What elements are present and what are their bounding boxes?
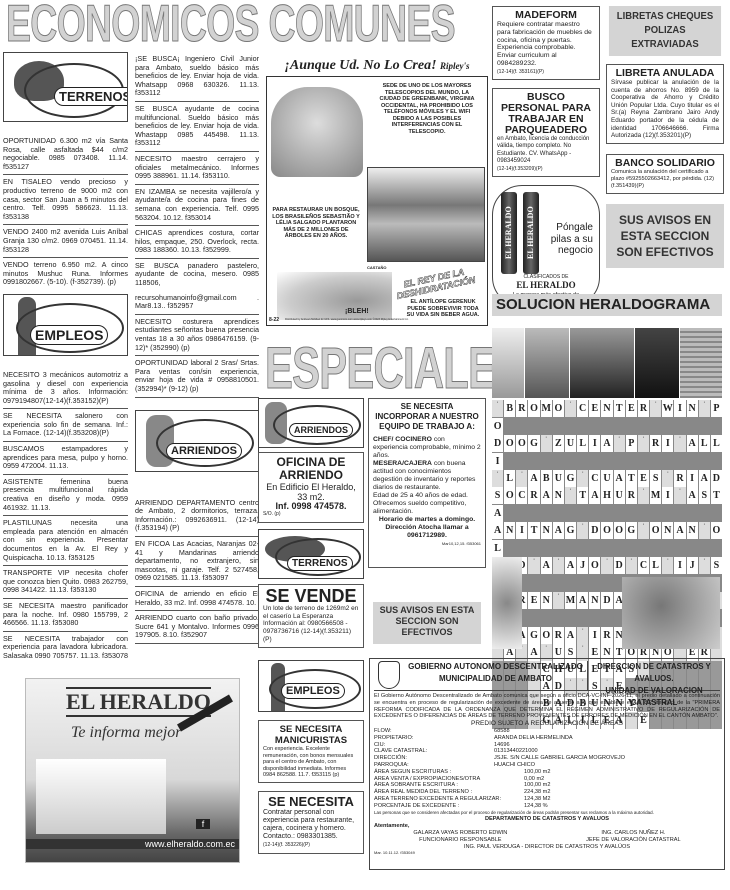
crossword-cell: A [541,487,552,504]
crossword-cell: C [589,470,600,487]
heraldograma-title: SOLUCION HERALDOGRAMA [492,294,722,316]
crossword-cell: ▪ [565,487,576,504]
gad-field-row: CLAVE CATASTRAL:01313440221000 [374,748,720,755]
empleos-logo: EMPLEOS [3,294,128,356]
crossword-cell: M [650,487,661,504]
classified-ad: SE BUSCA ayudante de cocina multifuncion… [135,102,259,152]
crossword-cell: L [504,470,515,487]
municipal-crest-icon [378,661,400,689]
crossword-cell: J [577,557,588,574]
crossword-cell: U [565,435,576,452]
crossword-cell: ▪ [541,435,552,452]
column-4: MADEFORM Requiere contratar maestro para… [492,6,600,307]
sus-avisos-banner: SUS AVISOS EN ESTA SECCION SON EFECTIVOS [373,602,481,644]
classified-ad: OPORTUNIDAD 6.300 m2 vía Santa Rosa, cal… [3,134,128,175]
crossword-cell: T [626,470,637,487]
crossword-cell: A [565,627,576,644]
classified-ad: ARRIENDO cuarto con baño privado. Sucre … [135,611,259,644]
gad-fields: FLOW:68588PROPIETARIO:ARANDA DELIA HERME… [374,728,720,810]
classified-ad: NECESITO maestro cerrajero y oficiales m… [135,152,259,185]
crossword-cell: ▪ [674,487,685,504]
classified-ad: ARRIENDO DEPARTAMENTO centro de Ambato, … [135,496,259,537]
classified-ad: BUSCAMOS estampadores y aprendices para … [3,442,128,475]
crossword-cell: ▪ [638,435,649,452]
crossword-cell: N [553,487,564,504]
incorporar-equipo-ad: SE NECESITA INCORPORAR A NUESTRO EQUIPO … [368,398,486,568]
crossword-cell: R [516,400,527,417]
crossword-cell: D [492,435,503,452]
crossword-cell: U [614,487,625,504]
section-title-economicos: ECONOMICOS COMUNES [6,0,455,50]
classified-ad: SE BUSCA panadero pastelero, ayudante de… [135,259,259,291]
crossword-cell: A [674,522,685,539]
se-necesita-ad: SE NECESITA Contratar personal con exper… [258,791,364,854]
crossword-cell: P [711,400,722,417]
crossword-cell: G [528,627,539,644]
crossword-cell: O [516,435,527,452]
crossword-cell: I [589,627,600,644]
crossword-cell: N [601,400,612,417]
classified-ad: EN FICOA Las Acacias, Naranjas 02-41 y M… [135,537,259,587]
comic-portrait [271,87,363,177]
gad-field-row: PORCENTAJE DE EXCEDENTE :124,38 % [374,803,720,810]
gad-field-row: ÁREA SEGUN ESCRITURAS :100,00 m2 [374,769,720,776]
crossword-cell: C [638,557,649,574]
crossword-cell: N [504,522,515,539]
crossword-cell: ▪ [699,557,710,574]
battery-icon: EL HERALDO [501,192,517,274]
crossword-cell: E [638,470,649,487]
gad-field-row: CIU:14696 [374,742,720,749]
crossword-cell: E [589,400,600,417]
crossword-cell: L [650,557,661,574]
arriendos-logo: ARRIENDOS [135,410,259,472]
crossword-cell: D [711,470,722,487]
crossword-cell: R [626,487,637,504]
ripley-brand: Ripley's [440,61,470,71]
crossword-cell: N [662,522,673,539]
food-photo [492,557,522,649]
crossword-cell: R [528,487,539,504]
crossword-cell: H [601,487,612,504]
pilas-ad: EL HERALDO EL HERALDO Póngale pilas a su… [492,185,600,307]
sus-avisos-banner: SUS AVISOS EN ESTA SECCION SON EFECTIVOS [606,204,724,268]
crossword-cell: O [614,522,625,539]
cathedral-image [36,759,166,834]
classified-ad: TRANSPORTE VIP necesita chofer que conoz… [3,566,128,599]
crossword-cell: G [626,522,637,539]
crossword-cell: ▪ [492,400,503,417]
ripley-title: ¡Aunque Ud. No Lo Crea! [284,58,436,73]
column-5: LIBRETAS CHEQUES POLIZAS EXTRAVIADAS LIB… [606,6,724,268]
classified-ad: VENDO terreno 6.950 m2. A cinco minutos … [3,258,128,290]
crossword-cell: T [614,400,625,417]
classified-ad: ASISTENTE femenina buena presencia multi… [3,475,128,516]
crossword-cell: N [687,522,698,539]
classified-ad: NECESITO 3 mecánicos automotriz a gasoli… [3,368,128,409]
crossword-cell: T [711,487,722,504]
crossword-cell: R [553,627,564,644]
arriendos-logo: ARRIENDOS [258,398,364,448]
gad-field-row: PARROQUIA:HUACHI CHICO [374,762,720,769]
crossword-cell: O [528,400,539,417]
crossword-cell: O [601,522,612,539]
crossword-cell: L [711,435,722,452]
ripley-comic: ¡Aunque Ud. No Lo Crea! Ripley's SEDE DE… [266,58,488,326]
column-2: ¡SE BUSCA¡ Ingeniero Civil Junior para A… [135,52,259,644]
crossword-cell: ▪ [492,470,503,487]
crossword-cell: I [662,487,673,504]
classified-ad: OFICINA de arriendo en eficio El Heraldo… [135,587,259,611]
crossword-cell: ▪ [650,400,661,417]
facebook-icon: f [196,819,210,829]
antelope-drawing [277,272,392,320]
crossword-cell: E [626,400,637,417]
crossword-cell: G [528,435,539,452]
photo [635,328,679,398]
crossword-cell: N [541,592,552,609]
crossword-cell: A [577,592,588,609]
comic-sound: ¡BLEH! [345,309,369,316]
crossword-row: SOCRAN▪TAHUR▪MI▪ASTA [492,487,722,522]
gad-field-row: ÁREA REAL MEDIDA DEL TERRENO :224,38 m2 [374,789,720,796]
crossword-cell: C [577,400,588,417]
crossword-cell: N [687,400,698,417]
crossword-cell: W [662,400,673,417]
terrenos-logo: TERRENOS [3,52,128,122]
crossword-cell: T [577,487,588,504]
crossword-cell: O [504,487,515,504]
crossword-cell: D [601,592,612,609]
crossword-cell: B [504,400,515,417]
crossword-row: ▪L▪ABUG▪CUATES▪RIAD [492,470,722,487]
crossword-cell: D [589,522,600,539]
comic-panel-title-3: EL REY DE LA DESHIDRATACIÓN [384,263,486,303]
crossword-cell: I [674,400,685,417]
comic-panel-text-2: PARA RESTAURAR UN BOSQUE, LOS BRASILEÑOS… [271,207,361,240]
crossword-row: DOOG▪ZULIA▪P▪RI▪ALLI [492,435,722,470]
especiales-col-b: EMPLEOS SE NECESITA MANICURISTAS Con exp… [258,660,364,854]
crossword-cell: ▪ [662,557,673,574]
classified-ad: SE NECESITA salonero con experiencia sol… [3,409,128,442]
classified-ad[interactable]: recursohumanoinfo@gmail.com . Mar8.13.. … [135,291,259,315]
crossword-cell: A [601,435,612,452]
crossword-cell: R [601,627,612,644]
photo [680,328,722,398]
manicuristas-ad: SE NECESITA MANICURISTAS Con experiencia… [258,720,364,783]
photo [570,328,634,398]
crossword-cell: L [492,540,503,557]
gad-notice: GOBIERNO AUTONOMO DESCENTRALIZADOMUNICIP… [369,658,725,870]
crossword-cell: A [687,435,698,452]
crossword-cell: A [492,522,503,539]
crossword-cell: A [699,470,710,487]
crossword-cell: O [553,400,564,417]
crossword-cell: ▪ [699,400,710,417]
gad-field-row: FLOW:68588 [374,728,720,735]
classified-ad: ¡SE BUSCA¡ Ingeniero Civil Junior para A… [135,52,259,102]
crossword-row: ANITNAG▪DOOG▪ONAN▪OL [492,522,722,557]
crossword-row: ▪BROMO▪CENTER▪WIN▪PO [492,400,722,435]
crossword-cell: O [541,627,552,644]
classified-ad: SE NECESITA trabajador con experiencia p… [3,632,128,664]
gad-field-row: AREA TERRENO EXCEDENTE A REGULARIZAR:124… [374,796,720,803]
crossword-cell: ▪ [577,627,588,644]
column-1: TERRENOS OPORTUNIDAD 6.300 m2 vía Santa … [3,52,128,664]
crossword-cell: N [541,522,552,539]
comic-landscape [367,167,485,262]
crossword-cell: S [711,557,722,574]
libretas-header: LIBRETAS CHEQUES POLIZAS EXTRAVIADAS [609,6,721,56]
crossword-cell: R [650,435,661,452]
crossword-cell: J [687,557,698,574]
crossword-cell: I [492,453,503,470]
crossword-cell: E [528,592,539,609]
crossword-cell: R [638,400,649,417]
comic-panel-text-3: EL ANTÍLOPE GERENUK PUEDE SOBREVIVIR TOD… [405,299,481,319]
comic-panel-text-1: SEDE DE UNO DE LOS MAYORES TELESCOPIOS D… [377,83,477,135]
parqueadero-ad: BUSCO PERSONAL PARA TRABAJAR EN PARQUEAD… [492,88,600,177]
terrenos-logo: TERRENOS [258,529,364,579]
crossword-cell: S [492,487,503,504]
crossword-cell: A [687,487,698,504]
crossword-cell: O [589,557,600,574]
crossword-cell: ▪ [614,435,625,452]
crossword-cell: S [699,487,710,504]
se-vende-ad: SE VENDE Un lote de terreno de 1269m2 en… [258,584,364,648]
crossword-cell: A [553,522,564,539]
crossword-cell: ▪ [699,522,710,539]
empleos-logo: EMPLEOS [258,660,364,712]
crossword-cell: A [541,557,552,574]
crossword-cell: A [492,505,503,522]
classified-ad: CHICAS aprendices costura, cortar hilos,… [135,226,259,259]
crossword-cell: G [565,522,576,539]
crossword-cell: O [711,522,722,539]
crossword-cell: I [516,522,527,539]
crossword-cell: I [687,470,698,487]
crossword-cell: A [614,470,625,487]
crossword-cell: ▪ [516,470,527,487]
crossword-cell: ▪ [626,557,637,574]
heraldo-brand: EL HERALDO [66,687,211,717]
banco-solidario-ad: BANCO SOLIDARIO Comunica la anulación de… [606,154,724,194]
crossword-cell: R [674,470,685,487]
crossword-cell: G [565,470,576,487]
crossword-cell: ▪ [577,522,588,539]
crossword-cell: L [699,435,710,452]
crossword-cell: I [662,435,673,452]
heraldo-slogan: Te informa mejor [71,724,182,742]
crossword-cell: U [601,470,612,487]
heraldograma-photos [492,328,722,398]
crossword-cell: ▪ [674,435,685,452]
gad-field-row: PROPIETARIO:ARANDA DELIA HERMELINDA [374,735,720,742]
comic-credit: Distributed by Andrews McMeel for UFS. w… [285,317,409,324]
crossword-cell: D [614,557,625,574]
crossword-cell: ▪ [528,557,539,574]
crossword-cell: ▪ [565,400,576,417]
classified-ad: EN IZAMBA se necesita vajillero/a y ayud… [135,185,259,226]
crossword-cell: M [565,592,576,609]
gad-field-row: DIRECCIÓN:JSJE. S/N CALLE GABRIEL GARCIA… [374,755,720,762]
crossword-cell: A [589,487,600,504]
oficina-arriendo-ad: OFICINA DE ARRIENDO En Edificio El Heral… [258,452,364,523]
section-title-especiales: ESPECIALES [265,340,522,398]
photo [492,328,524,398]
comic-date: 8-22 [269,317,279,324]
crossword-cell: I [674,557,685,574]
crossword-cell: ▪ [662,470,673,487]
classified-ad: OPORTUNIDAD laboral 2 Sras/ Srtas. Para … [135,356,259,397]
classified-ad: VENDO 2400 m2 avenida Luis Aníbal Granja… [3,225,128,258]
crossword-cell: ▪ [577,470,588,487]
crossword-cell: Z [553,435,564,452]
crossword-cell: I [589,435,600,452]
classified-ad: PLASTILUNAS necesita una empleada para a… [3,516,128,566]
crossword-cell: ▪ [553,557,564,574]
crossword-cell: O [650,522,661,539]
crossword-cell: ▪ [638,487,649,504]
photo [525,328,569,398]
crossword-cell: L [577,435,588,452]
crossword-cell: P [626,435,637,452]
crossword-cell: S [650,470,661,487]
libreta-anulada-ad: LIBRETA ANULADA Sírvase publicar la anul… [606,64,724,144]
bad-bunny-photo [622,577,720,649]
battery-icon: EL HERALDO [523,192,539,274]
crossword-cell: M [541,400,552,417]
crossword-cell: ▪ [553,592,564,609]
crossword-cell: N [589,592,600,609]
el-heraldo-ad: EL HERALDO Te informa mejor f www.elhera… [25,678,240,863]
classified-ad: NECESITO costurera aprendices estudiante… [135,315,259,356]
crossword-cell: ▪ [638,522,649,539]
crossword-cell: A [528,470,539,487]
crossword-cell: A [565,557,576,574]
crossword-cell: B [541,470,552,487]
crossword-cell: C [516,487,527,504]
classified-ad: EN TISALEO vendo precioso y productivo t… [3,175,128,225]
comic-artist: CASTAÑO [367,265,386,272]
crossword-cell: O [504,435,515,452]
especiales-col-a: ARRIENDOS OFICINA DE ARRIENDO En Edifici… [258,398,364,648]
crossword-cell: O [492,418,503,435]
crossword-cell: ▪ [601,557,612,574]
crossword-cell: U [553,470,564,487]
classified-ad: SE NECESITA maestro panificador para la … [3,599,128,632]
madeform-ad: MADEFORM Requiere contratar maestro para… [492,6,600,80]
crossword-cell: T [528,522,539,539]
url-bar[interactable]: www.elheraldo.com.ec [26,839,239,849]
